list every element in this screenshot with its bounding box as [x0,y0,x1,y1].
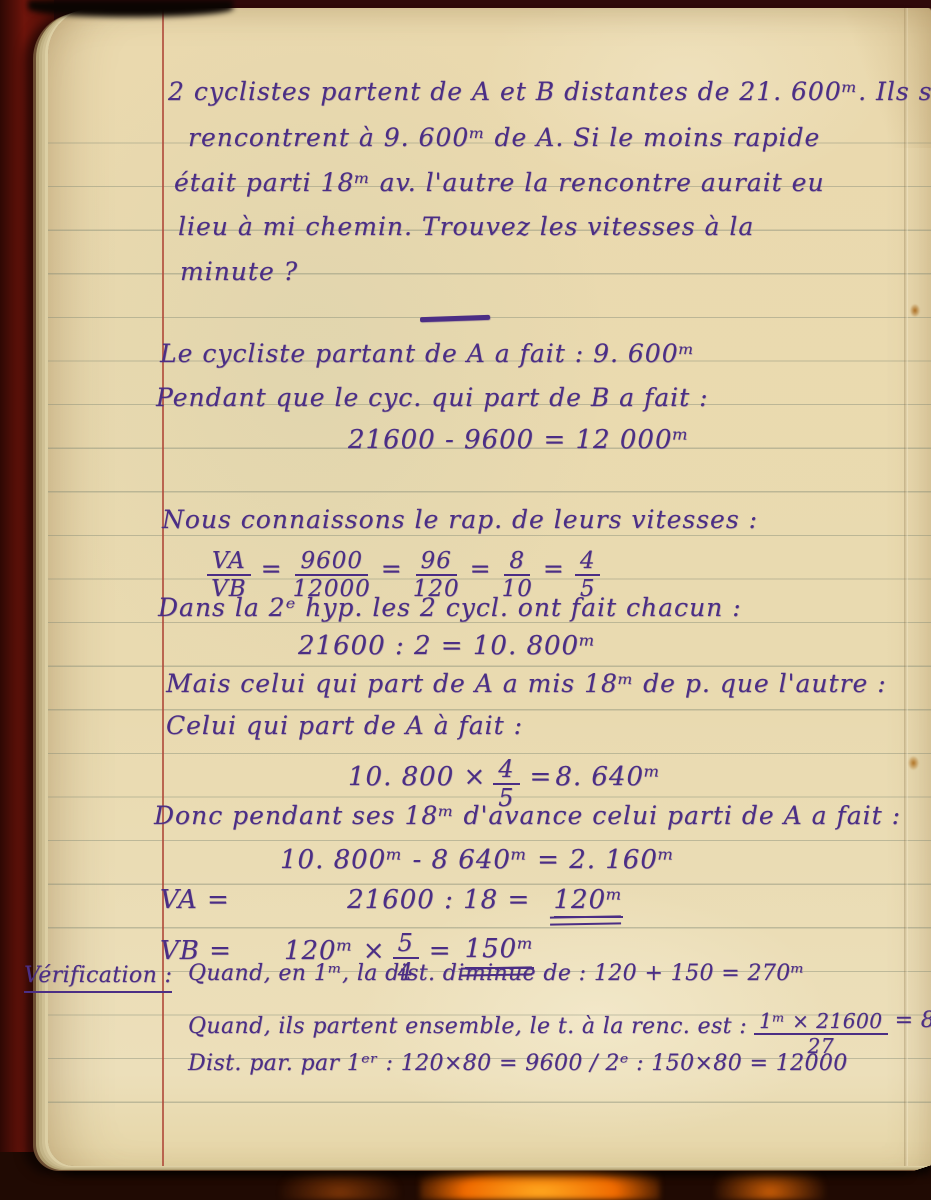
solution-line-4: Dans la 2ᵉ hyp. les 2 cycl. ont fait cha… [158,592,742,623]
equation-text: 10. 800 × [348,761,486,794]
problem-line-4: lieu à mi chemin. Trouvez les vitesses à… [178,211,754,242]
verification-text: Quand, ils partent ensemble, le t. à la … [188,1013,747,1041]
solution-line-1: Le cycliste partant de A a fait : 9. 600… [160,338,695,369]
top-shadow [28,0,233,17]
solution-line-7: Donc pendant ses 18ᵐ d'avance celui part… [154,800,901,831]
problem-line-3: était parti 18ᵐ av. l'autre la rencontre… [174,167,825,198]
verification-line-2: Quand, ils partent ensemble, le t. à la … [188,1004,931,1050]
equals-sign: = [543,553,565,584]
equals-sign: = [261,553,283,584]
equals-sign: = [381,553,403,584]
book-binding [0,0,54,1200]
notebook-photo: 2 cyclistes partent de A et B distantes … [0,0,931,1200]
solution-line-5: Mais celui qui part de A a mis 18ᵐ de p.… [166,668,887,699]
problem-line-5: minute ? [180,256,298,287]
equation-8640: 10. 800 × 45 = 8. 640ᵐ [348,750,661,804]
problem-line-2: rencontrent à 9. 600ᵐ de A. Si le moins … [188,122,820,153]
equation-2160: 10. 800ᵐ - 8 640ᵐ = 2. 160ᵐ [280,844,675,877]
orange-reflection [280,1164,400,1200]
va-equation: VA = 21600 : 18 = 120ᵐ [160,884,623,917]
ratio-equation: VAVB = 960012000 = 96120 = 810 = 45 [200,542,607,594]
notebook-page: 2 cyclistes partent de A et B distantes … [48,8,931,1166]
equation-result: 8. 640ᵐ [555,761,661,794]
rust-speck [910,304,920,317]
verification-line-3: Dist. par. par 1ᵉʳ : 120×80 = 9600 / 2ᵉ … [188,1050,848,1078]
verification-line-1: Quand, en 1ᵐ, la dist. diminue de : 120 … [188,960,805,988]
rust-speck [908,756,919,770]
va-result: 120ᵐ [554,885,624,918]
verification-result: = 80ᵐ [895,1007,931,1035]
problem-line-1: 2 cyclistes partent de A et B distantes … [168,76,931,107]
equals-sign: = [530,761,553,794]
verification-label: Vérification : [24,962,172,990]
solution-line-2: Pendant que le cyc. qui part de B a fait… [156,382,709,413]
orange-reflection [715,1160,825,1200]
equation-distance-b: 21600 - 9600 = 12 000ᵐ [348,424,689,457]
solution-line-3: Nous connaissons le rap. de leurs vitess… [162,504,758,535]
page-crease [904,8,908,1166]
solution-line-6: Celui qui part de A à fait : [166,710,523,741]
va-expression: 21600 : 18 = [347,885,530,915]
va-label: VA = [160,885,230,915]
equals-sign: = [470,553,492,584]
equation-half-distance: 21600 : 2 = 10. 800ᵐ [298,630,596,663]
